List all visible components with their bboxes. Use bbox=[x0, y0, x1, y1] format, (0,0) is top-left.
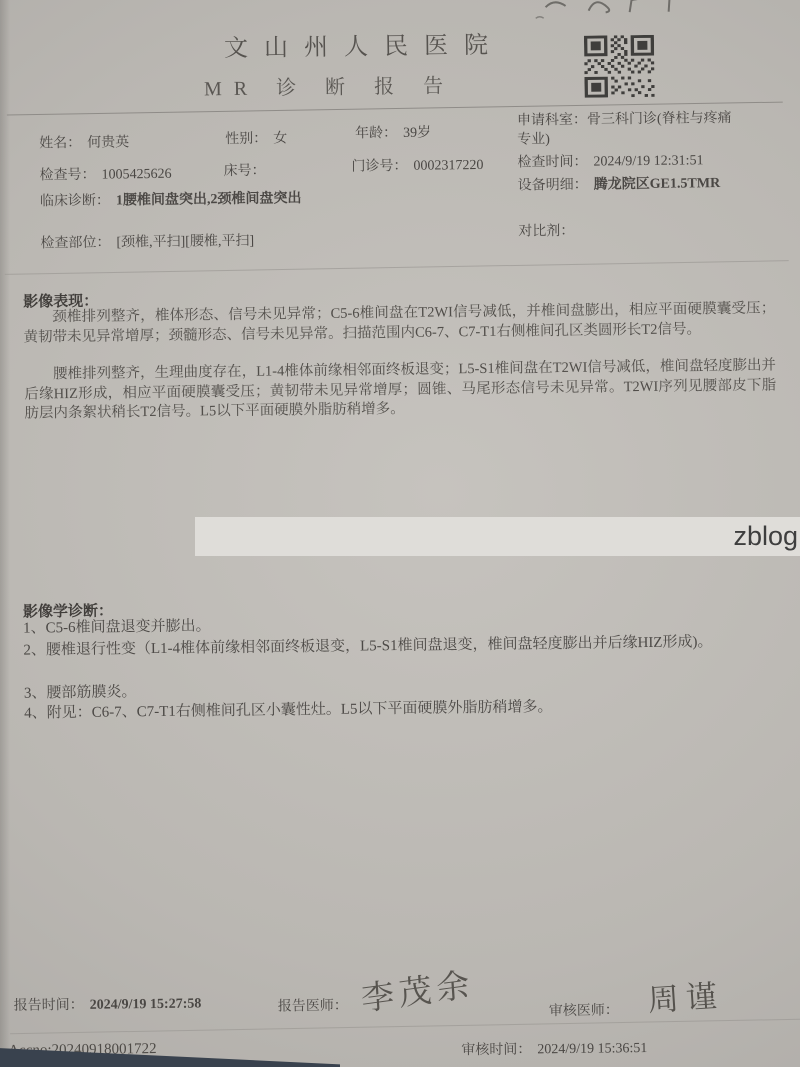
report-time-label: 报告时间： bbox=[14, 998, 84, 1014]
findings-paragraph-cervical: 颈椎排列整齐，椎体形态、信号未见异常；C5-6椎间盘在T2WI信号减低，并椎间盘… bbox=[23, 299, 775, 347]
exam-time-label: 检查时间： bbox=[517, 155, 587, 171]
findings-paragraph-lumbar: 腰椎排列整齐，生理曲度存在，L1-4椎体前缘相邻面终板退变；L5-S1椎间盘在T… bbox=[24, 356, 777, 424]
review-doctor-signature: 周谨 bbox=[646, 970, 725, 1020]
outpatient-no-label: 门诊号： bbox=[351, 159, 407, 175]
patient-gender-label: 性别： bbox=[225, 132, 267, 148]
report-time-value: 2024/9/19 15:27:58 bbox=[90, 996, 202, 1012]
info-section-divider bbox=[5, 260, 789, 275]
handwriting-topedge-scribble bbox=[533, 0, 708, 20]
device-label: 设备明细： bbox=[518, 178, 588, 194]
outpatient-no-field: 门诊号：0002317220 bbox=[351, 154, 483, 176]
device-field: 设备明细：腾龙院区GE1.5TMR bbox=[518, 172, 721, 194]
contrast-label: 对比剂： bbox=[518, 224, 574, 240]
patient-name-label: 姓名： bbox=[39, 136, 81, 152]
request-department-field: 申请科室：骨三科门诊(脊柱与疼痛专业) bbox=[517, 109, 745, 150]
review-doctor-label: 审核医师： bbox=[549, 1003, 619, 1019]
report-doctor-label: 报告医师： bbox=[278, 999, 348, 1015]
clinical-diagnosis-value: 1腰椎间盘突出,2颈椎间盘突出 bbox=[116, 191, 302, 208]
patient-gender-field: 性别：女 bbox=[225, 127, 287, 148]
bed-no-field: 床号： bbox=[223, 160, 271, 181]
exam-no-field: 检查号：1005425626 bbox=[39, 163, 171, 185]
watermark-band: zblog bbox=[195, 517, 800, 556]
review-time-label: 审核时间： bbox=[461, 1042, 531, 1058]
report-doctor-field: 报告医师： bbox=[278, 995, 354, 1016]
exam-site-value: [颈椎,平扫][腰椎,平扫] bbox=[116, 234, 254, 251]
review-doctor-field: 审核医师： bbox=[549, 999, 625, 1020]
clinical-diagnosis-label: 临床诊断： bbox=[40, 194, 110, 210]
report-title: MR 诊 断 报 告 bbox=[0, 67, 665, 104]
patient-age-value: 39岁 bbox=[403, 126, 431, 141]
exam-site-field: 检查部位：[颈椎,平扫][腰椎,平扫] bbox=[40, 230, 254, 253]
review-time-field: 审核时间：2024/9/19 15:36:51 bbox=[461, 1037, 647, 1059]
footer-divider bbox=[10, 1019, 800, 1035]
exam-no-label: 检查号： bbox=[40, 168, 96, 184]
review-time-value: 2024/9/19 15:36:51 bbox=[537, 1041, 647, 1057]
exam-no-value: 1005425626 bbox=[102, 167, 172, 183]
watermark-text: zblog bbox=[733, 521, 798, 552]
request-department-label: 申请科室： bbox=[517, 113, 587, 129]
patient-age-label: 年龄： bbox=[355, 126, 397, 142]
qr-code bbox=[584, 35, 655, 98]
device-value: 腾龙院区GE1.5TMR bbox=[594, 176, 721, 193]
report-time-field: 报告时间：2024/9/19 15:27:58 bbox=[14, 992, 202, 1014]
contrast-field: 对比剂： bbox=[518, 220, 580, 241]
patient-name-field: 姓名：何贵英 bbox=[39, 131, 129, 152]
clinical-diagnosis-field: 临床诊断：1腰椎间盘突出,2颈椎间盘突出 bbox=[40, 187, 302, 210]
bed-no-label: 床号： bbox=[223, 164, 265, 180]
mr-report-photo: 文山州人民医院 MR 诊 断 报 告 姓名：何贵英 性别：女 年龄：39岁 检查… bbox=[0, 0, 800, 1067]
exam-site-label: 检查部位： bbox=[40, 236, 110, 252]
exam-time-value: 2024/9/19 12:31:51 bbox=[593, 153, 703, 169]
outpatient-no-value: 0002317220 bbox=[413, 158, 483, 174]
exam-time-field: 检查时间：2024/9/19 12:31:51 bbox=[517, 149, 703, 171]
report-doctor-signature: 李茂余 bbox=[360, 958, 476, 1020]
patient-age-field: 年龄：39岁 bbox=[355, 122, 431, 143]
patient-gender-value: 女 bbox=[273, 131, 287, 146]
patient-name-value: 何贵英 bbox=[87, 135, 129, 151]
